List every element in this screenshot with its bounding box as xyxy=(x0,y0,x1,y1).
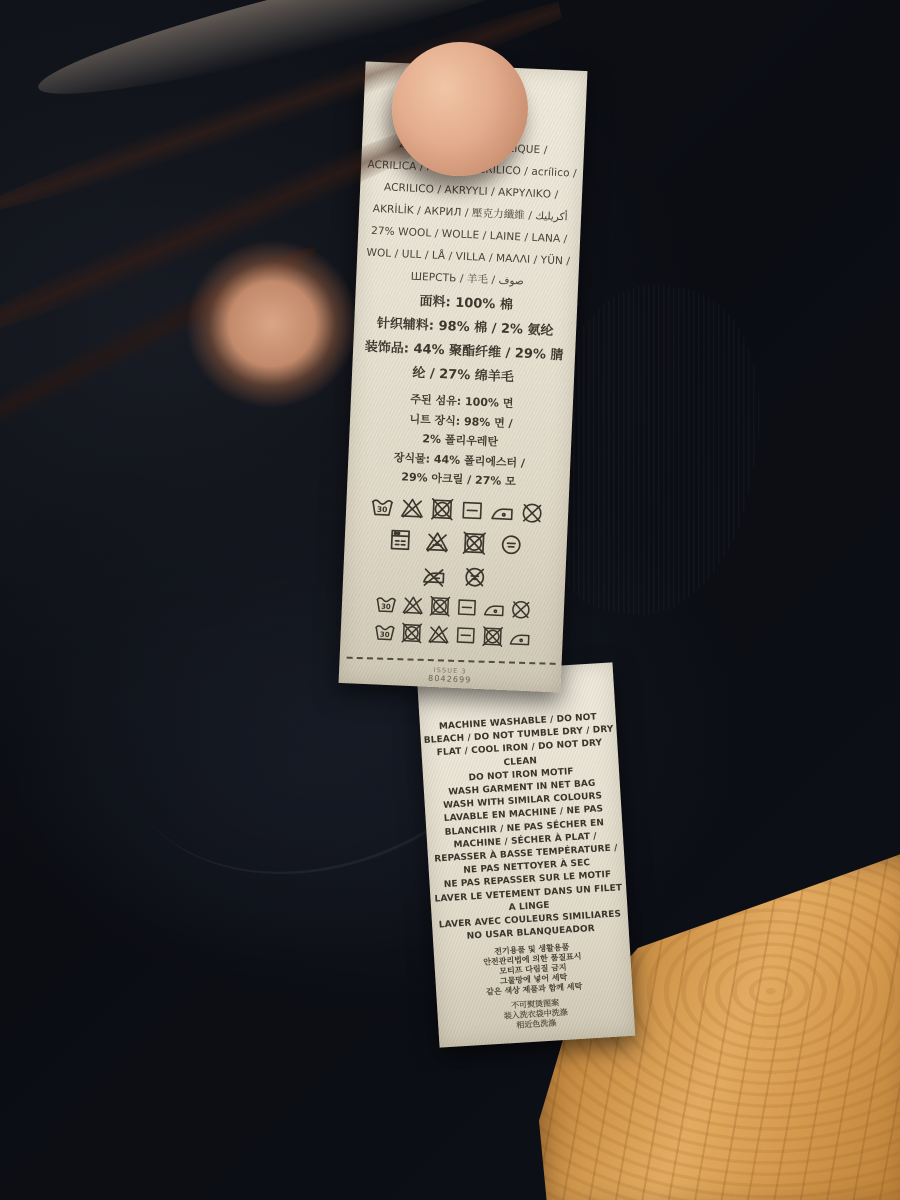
dry-flat-icon xyxy=(453,622,478,647)
do-not-bleach-icon xyxy=(400,592,425,617)
do-not-bleach-kr-icon xyxy=(423,527,451,555)
iron-one-dot-icon xyxy=(489,498,516,525)
do-not-bleach-icon xyxy=(426,621,451,646)
do-not-dry-clean-kr-icon xyxy=(461,563,489,591)
dry-flat-icon xyxy=(454,594,479,619)
machine-wash-kr-icon xyxy=(386,526,414,554)
fiber-content-korean: 주된 섬유: 100% 면니트 장식: 98% 면 /2% 폴리우레탄장식물: … xyxy=(351,387,569,494)
photo-scene: MACHINE WASHABLE / DO NOTBLEACH / DO NOT… xyxy=(0,0,900,1200)
svg-text:30: 30 xyxy=(379,630,389,638)
iron-one-dot-icon xyxy=(507,625,532,650)
care-instructions-en-fr-es: MACHINE WASHABLE / DO NOTBLEACH / DO NOT… xyxy=(420,663,626,947)
do-not-dry-clean-icon xyxy=(519,499,546,526)
do-not-tumble-dry-icon xyxy=(427,593,452,618)
do-not-tumble-dry-kr-icon xyxy=(460,529,488,557)
dry-flat-icon xyxy=(459,496,486,523)
iron-one-dot-icon xyxy=(481,596,506,621)
do-not-tumble-dry-icon xyxy=(429,495,456,522)
washtub-30-icon: 30 xyxy=(373,591,398,616)
do-not-iron-motif-kr-icon xyxy=(420,561,448,589)
dry-clean-kr-icon xyxy=(497,531,525,559)
washtub-30-icon: 30 xyxy=(369,493,396,520)
washtub-30-icon: 30 xyxy=(372,619,397,644)
do-not-tumble-dry-icon xyxy=(480,624,505,649)
care-label-lower-panel: MACHINE WASHABLE / DO NOTBLEACH / DO NOT… xyxy=(417,662,635,1047)
do-not-tumble-dry-icon xyxy=(399,620,424,645)
do-not-dry-clean-icon xyxy=(508,597,533,622)
svg-text:30: 30 xyxy=(377,504,388,513)
svg-text:30: 30 xyxy=(380,602,390,610)
do-not-bleach-icon xyxy=(399,494,426,521)
care-instructions-korean: 전기용품 및 생활용품안전관리법에 의한 품질표시모티프 다림질 금지그물망에 … xyxy=(437,939,630,1001)
care-instructions-chinese: 不可熨烫图案装入洗衣袋中洗涤相近色洗涤 xyxy=(440,994,631,1036)
care-symbols-block: 303030 xyxy=(344,490,565,653)
fiber-content-chinese: 面料: 100% 棉针织辅料: 98% 棉 / 2% 氨纶装饰品: 44% 聚酯… xyxy=(356,287,574,392)
